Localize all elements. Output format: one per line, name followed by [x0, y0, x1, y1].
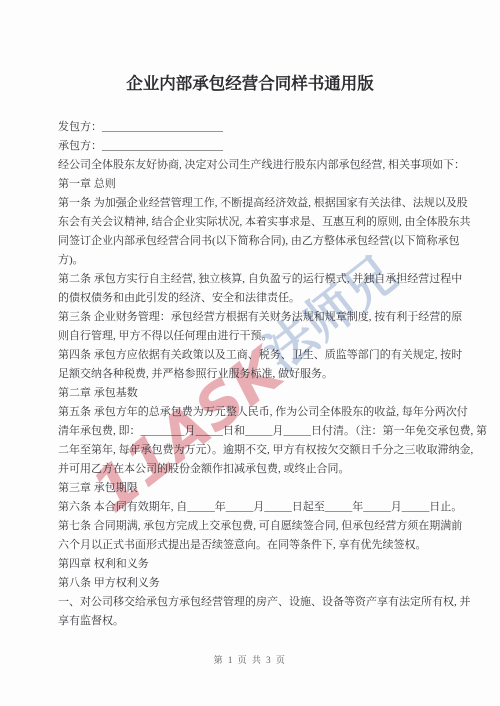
contract-line: 六个月以正式书面形式提出是否续签意向。在同等条件下, 享有优先续签权。	[58, 536, 450, 555]
contract-line: 第三条 企业财务管理：承包经营方根据有关财务法规和规章制度, 按有利于经营的原	[58, 308, 450, 327]
contract-line: 二年至第年, 每年承包费为万元）。逾期不交, 甲方有权按欠交额日千分之三收取滞纳…	[58, 441, 450, 460]
contract-line: 第八条 甲方权利义务	[58, 574, 450, 593]
contract-line: 方)。	[58, 251, 450, 270]
contract-line: 并可用乙方在本公司的股份金额作扣减承包费, 或终止合同。	[58, 460, 450, 479]
contract-line: 第七条 合同期满, 承包方完成上交承包费, 可自愿续签合同, 但承包经营方须在期…	[58, 517, 450, 536]
contract-line: 一、对公司移交给承包方承包经营管理的房产、设施、设备等资产享有法定所有权, 并	[58, 593, 450, 612]
contract-line: 第二条 承包方实行自主经营, 独立核算, 自负盈亏的运行模式, 并独自承担经营过…	[58, 270, 450, 289]
contract-line: 第四章 权利和义务	[58, 555, 450, 574]
contract-line: 足额交纳各种税费, 并严格参照行业服务标准, 做好服务。	[58, 365, 450, 384]
contract-line: 同签订企业内部承包经营合同书(以下简称合同), 由乙方整体承包经营(以下简称承包	[58, 232, 450, 251]
contract-line: 发包方：______________________	[58, 118, 450, 137]
contract-document-page: 11ASK法师兄 企业内部承包经营合同样书通用版 发包方：___________…	[0, 0, 500, 706]
contract-line: 第五条 承包方年的总承包费为万元整人民币, 作为公司全体股东的收益, 每年分两次…	[58, 403, 450, 422]
contract-line: 清年承包费, 即：________月_____日和_____月_____日付清。…	[58, 422, 450, 441]
page-title: 企业内部承包经营合同样书通用版	[0, 70, 500, 94]
contract-line: 第一章 总则	[58, 175, 450, 194]
contract-line: 东会有关会议精神, 结合企业实际状况, 本着实事求是、互惠互利的原则, 由全体股…	[58, 213, 450, 232]
contract-line: 第三章 承包期限	[58, 479, 450, 498]
contract-line: 第二章 承包基数	[58, 384, 450, 403]
contract-line: 经公司全体股东友好协商, 决定对公司生产线进行股东内部承包经营, 相关事项如下：	[58, 156, 450, 175]
contract-line: 承包方：______________________	[58, 137, 450, 156]
contract-line: 第六条 本合同有效期年, 自_____年_____月_____日起至_____年…	[58, 498, 450, 517]
contract-line: 第一条 为加强企业经营管理工作, 不断提高经济效益, 根据国家有关法律、法规以及…	[58, 194, 450, 213]
contract-body: 发包方：______________________承包方：__________…	[58, 118, 450, 631]
contract-line: 的债权债务和由此引发的经济、安全和法律责任。	[58, 289, 450, 308]
contract-line: 第四条 承包方应依据有关政策以及工商、税务、卫生、质监等部门的有关规定, 按时	[58, 346, 450, 365]
page-number-footer: 第 1 页 共 3 页	[0, 653, 500, 666]
contract-line: 享有监督权。	[58, 612, 450, 631]
contract-line: 则自行管理, 甲方不得以任何理由进行干预。	[58, 327, 450, 346]
